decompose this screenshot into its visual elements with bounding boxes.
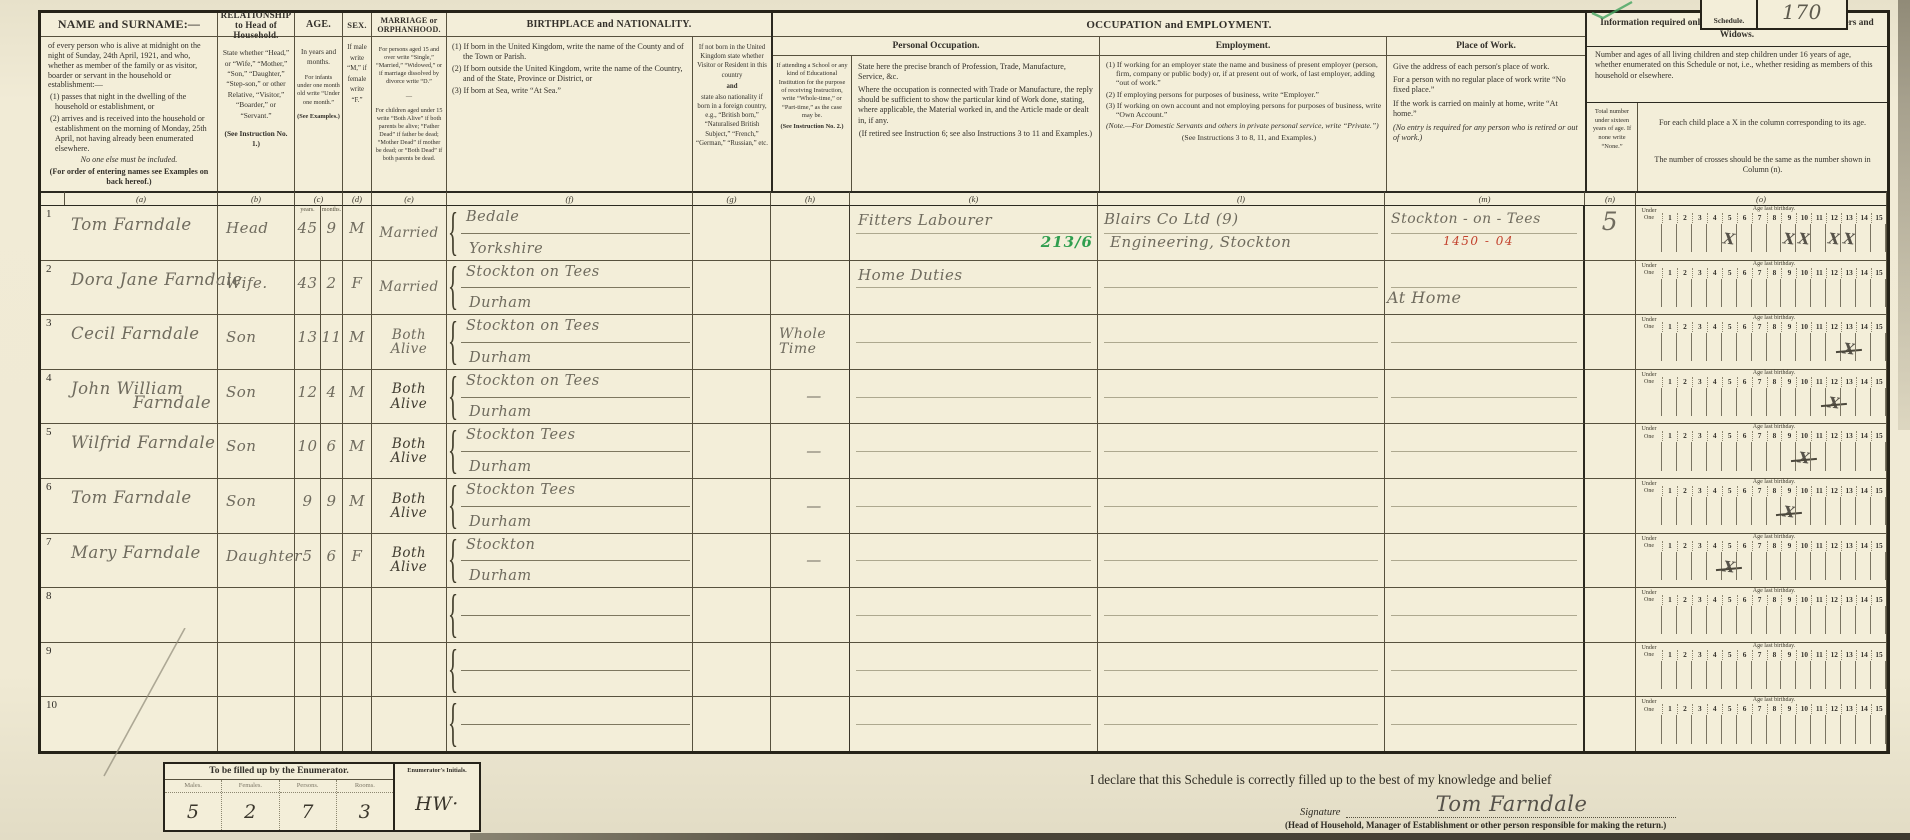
schedule-number: 170 xyxy=(1758,0,1846,28)
age-number: 3 xyxy=(1692,322,1707,332)
age-numbers: 123456789101112131415 xyxy=(1662,268,1886,278)
age-numbers: 123456789101112131415 xyxy=(1662,213,1886,223)
employment-cell xyxy=(1098,696,1385,751)
age-number: 1 xyxy=(1662,377,1677,387)
total-under16-cell xyxy=(1585,369,1636,424)
age-number: 8 xyxy=(1767,650,1782,660)
age-grid-cell: Under OneAge last birthday.1234567891011… xyxy=(1636,642,1887,697)
age-grid-column xyxy=(1871,660,1886,696)
declaration-section: I declare that this Schedule is correctl… xyxy=(1090,772,1850,830)
age-grid-column xyxy=(1636,660,1662,696)
age-numbers: 123456789101112131415 xyxy=(1662,650,1886,660)
birthplace-line2: Durham xyxy=(469,568,532,584)
education-cell: — xyxy=(771,423,850,478)
marriage-entry: Both xyxy=(392,492,426,506)
table-header: NAME and SURNAME:— of every person who i… xyxy=(41,13,1887,191)
age-number: 1 xyxy=(1662,704,1677,714)
age-number: 4 xyxy=(1707,213,1722,223)
age-years-entry: 13 xyxy=(297,328,317,346)
column-header: Rooms. xyxy=(337,780,393,793)
age-numbers: 123456789101112131415 xyxy=(1662,377,1886,387)
birthplace-cell: {Stockton on TeesDurham xyxy=(447,369,693,424)
age-cross-mark: X xyxy=(1842,339,1856,358)
column-letter: (e) xyxy=(372,191,447,205)
age-number: 11 xyxy=(1811,595,1826,605)
age-number: 7 xyxy=(1752,431,1767,441)
age-number: 7 xyxy=(1752,322,1767,332)
brace-glyph: { xyxy=(448,256,458,319)
age-numbers: 123456789101112131415 xyxy=(1662,486,1886,496)
age-months-label: months. xyxy=(321,207,342,213)
age-grid-cell: Under OneAge last birthday.1234567891011… xyxy=(1636,423,1887,478)
marriage-entry: Both xyxy=(392,382,426,396)
age-grid-column: X xyxy=(1796,441,1811,477)
education-cell: — xyxy=(771,369,850,424)
nationality-cell xyxy=(693,696,771,751)
age-numbers: 123456789101112131415 xyxy=(1662,541,1886,551)
age-number: 11 xyxy=(1811,431,1826,441)
age-years-cell: 43 xyxy=(295,260,321,315)
place-of-work-cell xyxy=(1385,642,1585,697)
age-number: 13 xyxy=(1841,595,1856,605)
marriage-cell: BothAlive xyxy=(372,314,447,369)
age-number: 14 xyxy=(1856,268,1871,278)
brace-glyph: { xyxy=(448,638,458,701)
column-letter: (g) xyxy=(693,191,771,205)
sex-cell xyxy=(343,642,372,697)
header-relationship-column: RELATIONSHIP to Head of Household. State… xyxy=(218,13,295,191)
instruction-text: (3) If working on own account and not em… xyxy=(1104,101,1382,119)
employment-cell xyxy=(1098,587,1385,642)
age-numbers: 123456789101112131415 xyxy=(1662,431,1886,441)
age-number: 5 xyxy=(1722,268,1737,278)
age-last-birthday-label: Age last birthday. xyxy=(1662,315,1886,322)
header-occupation-section: OCCUPATION and EMPLOYMENT. Personal Occu… xyxy=(771,13,1585,191)
age-grid-column xyxy=(1781,332,1796,368)
age-grid-column xyxy=(1826,551,1841,587)
row-number: 4 xyxy=(41,369,65,424)
relationship-cell: Wife. xyxy=(218,260,295,315)
marriage-cell: BothAlive xyxy=(372,369,447,424)
age-number: 15 xyxy=(1871,650,1886,660)
age-number: 13 xyxy=(1841,431,1856,441)
age-number: 1 xyxy=(1662,595,1677,605)
name-cell: Dora Jane Farndale xyxy=(65,260,218,315)
marriage-cell: BothAlive xyxy=(372,533,447,588)
age-number: 4 xyxy=(1707,595,1722,605)
occupation-column-instructions: State here the precise branch of Profess… xyxy=(852,56,1099,191)
age-months-entry: 4 xyxy=(326,383,336,401)
age-months-cell xyxy=(321,696,343,751)
age-instructions: In years and months. For infants under o… xyxy=(295,37,342,132)
instruction-text: (2) If born outside the United Kingdom, … xyxy=(452,64,687,84)
age-grid-column xyxy=(1707,441,1722,477)
age-grid-column xyxy=(1781,714,1796,750)
instruction-text: (See Examples.) xyxy=(297,113,340,121)
age-grid-column xyxy=(1826,278,1841,314)
age-grid-column xyxy=(1856,441,1871,477)
education-entry: Whole xyxy=(779,327,826,342)
age-grid-column xyxy=(1767,387,1782,423)
name-entry: Wilfrid Farndale xyxy=(71,433,215,452)
age-numbers: 123456789101112131415 xyxy=(1662,704,1886,714)
age-grid-column xyxy=(1752,660,1767,696)
birthplace-cell: { xyxy=(447,696,693,751)
age-grid-cell: Under OneAge last birthday.1234567891011… xyxy=(1636,260,1887,315)
age-number: 1 xyxy=(1662,322,1677,332)
age-number: 15 xyxy=(1871,431,1886,441)
enumerator-initials-label: Enumerator's Initials. xyxy=(395,764,479,778)
employment-cell xyxy=(1098,533,1385,588)
age-grid-column xyxy=(1871,551,1886,587)
age-years-cell xyxy=(295,642,321,697)
employment-cell xyxy=(1098,260,1385,315)
under-one-label: Under One xyxy=(1636,315,1662,332)
age-years-cell: years.45 xyxy=(295,205,321,260)
age-number: 14 xyxy=(1856,704,1871,714)
birthplace-column-instructions: (1) If born in the United Kingdom, write… xyxy=(447,37,693,191)
age-last-birthday-label: Age last birthday. xyxy=(1662,534,1886,541)
age-number: 9 xyxy=(1781,431,1796,441)
place-of-work-cell xyxy=(1385,423,1585,478)
sex-cell: M xyxy=(343,369,372,424)
marriage-column-title: MARRIAGE or ORPHANHOOD. xyxy=(372,13,446,37)
age-cross-mark: X xyxy=(1782,230,1796,249)
age-years-cell: 12 xyxy=(295,369,321,424)
place-of-work-cell xyxy=(1385,587,1585,642)
age-number: 10 xyxy=(1796,650,1811,660)
education-cell xyxy=(771,642,850,697)
age-number: 8 xyxy=(1767,322,1782,332)
age-grid-column xyxy=(1662,551,1677,587)
place-of-work-cell xyxy=(1385,533,1585,588)
column-letter: (o) xyxy=(1636,191,1887,205)
occupation-section-title: OCCUPATION and EMPLOYMENT. xyxy=(773,13,1585,37)
age-years-entry: 5 xyxy=(302,547,312,565)
relationship-cell: Son xyxy=(218,478,295,533)
enumerator-col-rooms: Rooms. 3 xyxy=(337,780,393,830)
birthplace-cell: {Stockton TeesDurham xyxy=(447,478,693,533)
age-number: 4 xyxy=(1707,322,1722,332)
age-grid-column: X xyxy=(1826,223,1841,259)
census-schedule-page: NAME and SURNAME:— of every person who i… xyxy=(0,0,1910,840)
age-years-entry: 9 xyxy=(302,492,312,510)
age-number: 1 xyxy=(1662,541,1677,551)
employment-cell xyxy=(1098,642,1385,697)
age-number: 13 xyxy=(1841,486,1856,496)
marriage-cell: Married xyxy=(372,205,447,260)
name-column-title: NAME and SURNAME:— xyxy=(41,13,217,37)
age-number: 9 xyxy=(1781,322,1796,332)
age-number: 10 xyxy=(1796,268,1811,278)
place-red-note: 1450 - 04 xyxy=(1443,234,1514,248)
age-cross-mark: X xyxy=(1842,230,1856,249)
age-grid-column xyxy=(1677,551,1692,587)
age-number: 3 xyxy=(1692,486,1707,496)
brace-glyph: { xyxy=(448,583,458,646)
age-number: 6 xyxy=(1737,268,1752,278)
age-grid-column xyxy=(1692,551,1707,587)
total-under16-instructions: Total number under sixteen years of age.… xyxy=(1587,103,1638,191)
place-of-work-title: Place of Work. xyxy=(1387,37,1585,56)
age-grid-body: X xyxy=(1636,441,1886,477)
employment-cell: Blairs Co Ltd (9)Engineering, Stockton xyxy=(1098,205,1385,260)
relationship-entry: Son xyxy=(226,492,256,510)
age-cross-mark: X xyxy=(1827,394,1841,413)
age-number: 6 xyxy=(1737,377,1752,387)
age-grid-column xyxy=(1722,605,1737,641)
age-number: 7 xyxy=(1752,213,1767,223)
age-number: 10 xyxy=(1796,541,1811,551)
sex-cell: F xyxy=(343,533,372,588)
females-count: 2 xyxy=(222,793,278,830)
age-number: 14 xyxy=(1856,377,1871,387)
age-numbers: 123456789101112131415 xyxy=(1662,595,1886,605)
age-years-entry: 43 xyxy=(297,274,317,292)
education-cell: WholeTime xyxy=(771,314,850,369)
relationship-cell: Son xyxy=(218,369,295,424)
sex-cell: M xyxy=(343,478,372,533)
instruction-text: For children aged under 15 write “Both A… xyxy=(374,107,444,163)
age-last-birthday-label: Age last birthday. xyxy=(1662,370,1886,377)
age-number: 13 xyxy=(1841,377,1856,387)
total-under16-cell xyxy=(1585,314,1636,369)
age-last-birthday-label: Age last birthday. xyxy=(1662,588,1886,595)
nationality-cell xyxy=(693,642,771,697)
place-of-work-cell: At Home xyxy=(1385,260,1585,315)
name-entry-line2: Farndale xyxy=(133,393,217,412)
age-grid-column xyxy=(1841,660,1856,696)
age-number: 5 xyxy=(1722,486,1737,496)
age-grid-column xyxy=(1737,332,1752,368)
age-years-cell: 5 xyxy=(295,533,321,588)
age-grid-header: Under OneAge last birthday.1234567891011… xyxy=(1636,534,1886,551)
age-grid-header-right: Age last birthday.123456789101112131415 xyxy=(1662,206,1886,223)
age-number: 12 xyxy=(1826,595,1841,605)
age-grid-column xyxy=(1856,496,1871,532)
education-column-instructions: If attending a School or any kind of Edu… xyxy=(773,56,852,191)
age-grid-column xyxy=(1767,223,1782,259)
age-years-cell: 9 xyxy=(295,478,321,533)
age-months-entry: 2 xyxy=(326,274,336,292)
column-letter: (d) xyxy=(343,191,372,205)
age-grid-column xyxy=(1677,223,1692,259)
age-grid-header-right: Age last birthday.123456789101112131415 xyxy=(1662,643,1886,660)
place-of-work-entry: Stockton - on - Tees xyxy=(1391,211,1541,227)
age-number: 9 xyxy=(1781,213,1796,223)
age-number: 13 xyxy=(1841,213,1856,223)
birthplace-instructions: (1) If born in the United Kingdom, write… xyxy=(447,37,771,191)
age-grid-column xyxy=(1692,223,1707,259)
age-grid-column xyxy=(1737,714,1752,750)
schedule-number-box: Schedule. 170 xyxy=(1700,0,1848,30)
column-letter: (f) xyxy=(447,191,693,205)
under-one-label: Under One xyxy=(1636,370,1662,387)
age-grid-body: X xyxy=(1636,496,1886,532)
row-number: 9 xyxy=(41,642,65,697)
instruction-text: (1) If born in the United Kingdom, write… xyxy=(452,42,687,62)
age-number: 9 xyxy=(1781,595,1796,605)
age-number: 10 xyxy=(1796,377,1811,387)
age-grid-column xyxy=(1841,441,1856,477)
age-number: 14 xyxy=(1856,213,1871,223)
age-number: 8 xyxy=(1767,268,1782,278)
age-grid-column xyxy=(1692,714,1707,750)
education-cell: — xyxy=(771,478,850,533)
age-grid-column xyxy=(1722,660,1737,696)
name-cell: John WilliamFarndale xyxy=(65,369,218,424)
row-number: 8 xyxy=(41,587,65,642)
age-number: 4 xyxy=(1707,431,1722,441)
age-grid-column xyxy=(1796,551,1811,587)
age-grid-column xyxy=(1781,551,1796,587)
header-married-info-panel: Information required only in respect of … xyxy=(1585,13,1887,191)
age-number: 6 xyxy=(1737,704,1752,714)
age-grid-column xyxy=(1677,605,1692,641)
age-number: 3 xyxy=(1692,704,1707,714)
birthplace-cell: {Stockton TeesDurham xyxy=(447,423,693,478)
age-grid-column xyxy=(1677,714,1692,750)
age-grid-header-right: Age last birthday.123456789101112131415 xyxy=(1662,261,1886,278)
age-number: 2 xyxy=(1677,431,1692,441)
age-number: 10 xyxy=(1796,595,1811,605)
age-grid-column xyxy=(1662,714,1677,750)
age-number: 11 xyxy=(1811,650,1826,660)
age-grid-column xyxy=(1636,387,1662,423)
age-number: 7 xyxy=(1752,595,1767,605)
age-number: 15 xyxy=(1871,541,1886,551)
age-months-cell: 11 xyxy=(321,314,343,369)
age-number: 13 xyxy=(1841,704,1856,714)
column-letter: (a) xyxy=(65,191,218,205)
age-number: 4 xyxy=(1707,704,1722,714)
total-under16-cell xyxy=(1585,642,1636,697)
birthplace-line1: Stockton Tees xyxy=(466,427,576,443)
total-under16-cell xyxy=(1585,696,1636,751)
age-grid-column xyxy=(1811,660,1826,696)
age-grid-column xyxy=(1707,660,1722,696)
name-cell: Tom Farndale xyxy=(65,205,218,260)
instruction-text: (For order of entering names see Example… xyxy=(48,167,210,187)
name-entry: Tom Farndale xyxy=(71,215,192,234)
row-number: 1 xyxy=(41,205,65,260)
name-entry: Mary Farndale xyxy=(71,543,201,562)
place-of-work-instructions: Give the address of each person's place … xyxy=(1387,56,1585,191)
enumerator-initials-box: Enumerator's Initials. HW· xyxy=(393,764,479,830)
age-grid-column xyxy=(1677,660,1692,696)
age-grid-body: X xyxy=(1636,551,1886,587)
instruction-text: (1) passes that night in the dwelling of… xyxy=(48,92,210,112)
age-grid-column xyxy=(1856,660,1871,696)
age-grid-column xyxy=(1707,714,1722,750)
age-years-cell xyxy=(295,696,321,751)
age-number: 4 xyxy=(1707,541,1722,551)
age-number: 14 xyxy=(1856,650,1871,660)
sex-cell: M xyxy=(343,314,372,369)
age-grid-column xyxy=(1811,714,1826,750)
age-number: 6 xyxy=(1737,322,1752,332)
instruction-text: (See Instruction No. 2.) xyxy=(776,123,848,131)
age-number: 11 xyxy=(1811,322,1826,332)
age-last-birthday-label: Age last birthday. xyxy=(1662,643,1886,650)
age-grid-column xyxy=(1767,332,1782,368)
employment-cell xyxy=(1098,478,1385,533)
age-number: 13 xyxy=(1841,268,1856,278)
sex-entry: M xyxy=(349,219,365,237)
age-grid-body xyxy=(1636,660,1886,696)
marriage-entry: Alive xyxy=(391,342,428,356)
instruction-text: (If retired see Instruction 6; see also … xyxy=(858,129,1093,139)
age-last-birthday-label: Age last birthday. xyxy=(1662,206,1886,213)
relationship-cell: Son xyxy=(218,314,295,369)
employment-line2: Engineering, Stockton xyxy=(1110,233,1291,251)
age-grid-column xyxy=(1781,387,1796,423)
age-grid-column xyxy=(1871,223,1886,259)
age-months-cell: 9 xyxy=(321,478,343,533)
instruction-text: (2) If employing persons for purposes of… xyxy=(1104,90,1382,99)
birthplace-cell: {StocktonDurham xyxy=(447,533,693,588)
occupation-cell xyxy=(850,423,1098,478)
nationality-cell xyxy=(693,260,771,315)
age-grid-column xyxy=(1811,551,1826,587)
birthplace-line1: Stockton on Tees xyxy=(466,373,600,389)
age-grid-column xyxy=(1796,605,1811,641)
occupation-cell xyxy=(850,696,1098,751)
age-grid-column xyxy=(1811,223,1826,259)
employment-column: Employment. (1) If working for an employ… xyxy=(1100,37,1387,191)
checkmark-icon xyxy=(1590,0,1636,20)
age-number: 12 xyxy=(1826,486,1841,496)
relationship-instructions: State whether “Head,” or “Wife,” “Mother… xyxy=(218,37,294,161)
relationship-column-title: RELATIONSHIP to Head of Household. xyxy=(218,13,294,37)
instruction-text: (No entry is required for any person who… xyxy=(1393,123,1579,143)
age-number: 9 xyxy=(1781,541,1796,551)
column-letter: (c) xyxy=(295,191,343,205)
age-years-entry: 45 xyxy=(297,219,317,237)
age-number: 3 xyxy=(1692,377,1707,387)
occupation-cell xyxy=(850,533,1098,588)
sex-cell xyxy=(343,587,372,642)
age-grid-header-right: Age last birthday.123456789101112131415 xyxy=(1662,697,1886,714)
age-grid-column xyxy=(1722,278,1737,314)
column-letter: (m) xyxy=(1385,191,1585,205)
marriage-entry: Alive xyxy=(391,397,428,411)
age-number: 3 xyxy=(1692,541,1707,551)
age-grid-column xyxy=(1841,714,1856,750)
age-number: 11 xyxy=(1811,377,1826,387)
marriage-cell xyxy=(372,642,447,697)
age-number: 10 xyxy=(1796,486,1811,496)
column-letter: (k) xyxy=(850,191,1098,205)
age-grid-column xyxy=(1722,387,1737,423)
column-letter: (n) xyxy=(1585,191,1636,205)
instruction-text: (3) If born at Sea, write “At Sea.” xyxy=(452,86,687,96)
instruction-text: (1) If working for an employer state the… xyxy=(1104,60,1382,88)
age-number: 8 xyxy=(1767,377,1782,387)
age-grid-header-right: Age last birthday.123456789101112131415 xyxy=(1662,315,1886,332)
instruction-text: The number of crosses should be the same… xyxy=(1650,155,1875,176)
education-cell xyxy=(771,260,850,315)
age-number: 14 xyxy=(1856,595,1871,605)
occupation-green-note: 213/6 xyxy=(1041,233,1093,251)
age-grid-column xyxy=(1722,714,1737,750)
sex-entry: M xyxy=(349,383,365,401)
birthplace-line2: Durham xyxy=(469,514,532,530)
age-grid-column xyxy=(1722,332,1737,368)
marriage-cell xyxy=(372,696,447,751)
row-number: 3 xyxy=(41,314,65,369)
signature-label: Signature xyxy=(1300,807,1340,818)
